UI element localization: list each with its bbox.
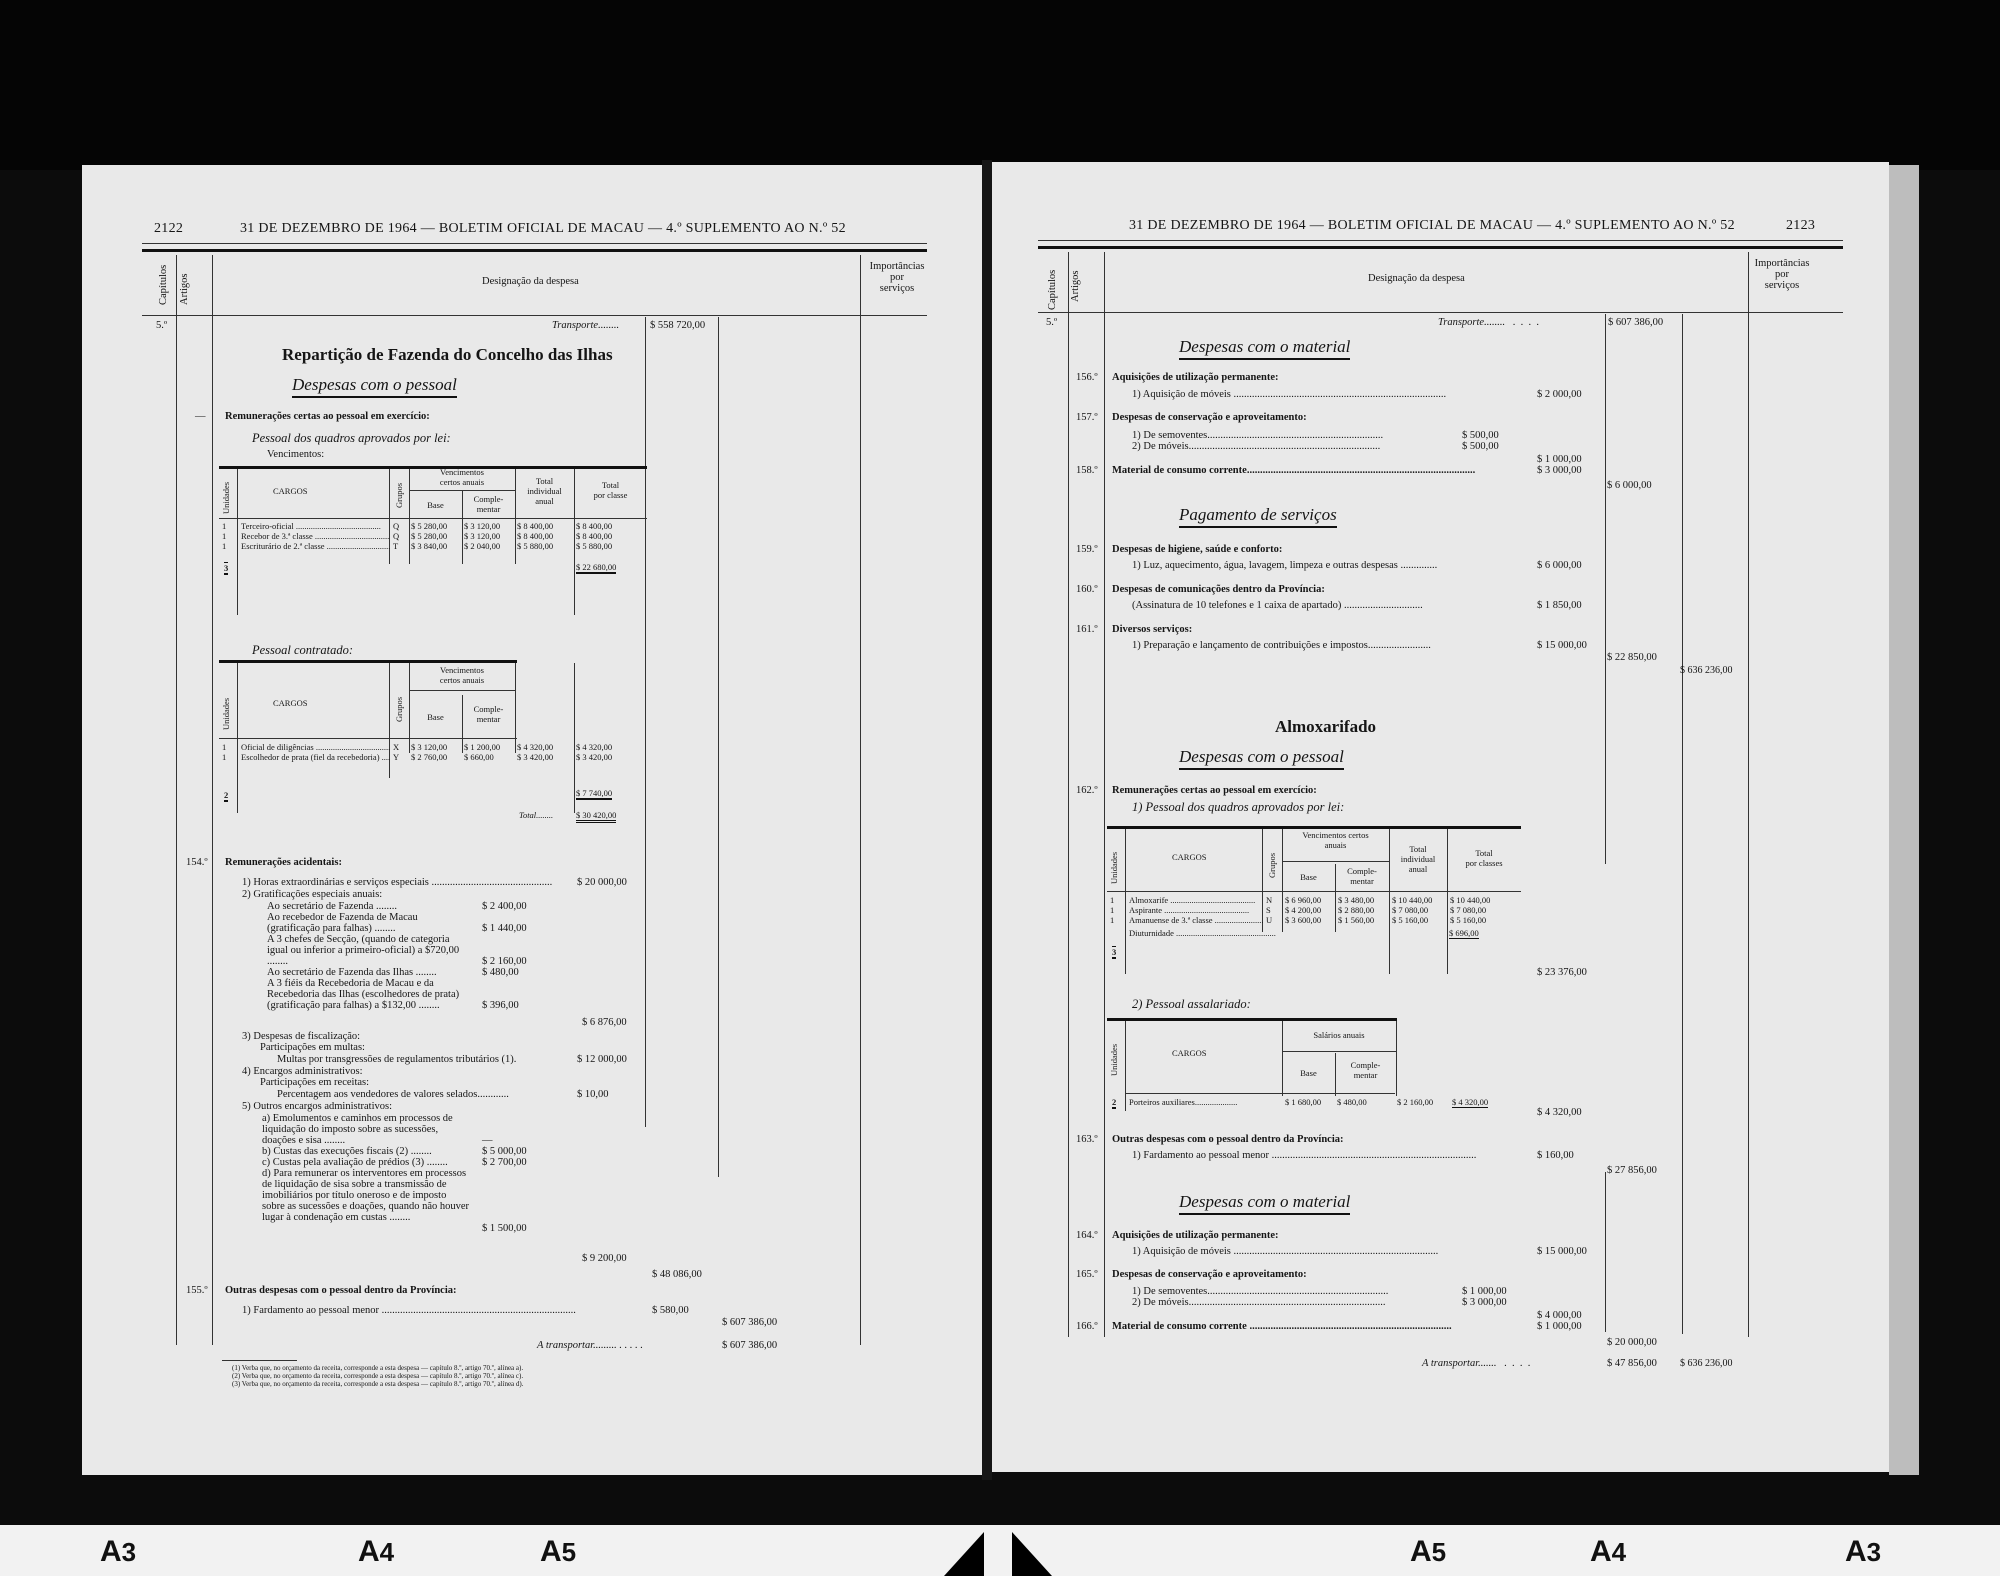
running-header: 31 DE DEZEMBRO DE 1964 — BOLETIM OFICIAL…	[1129, 218, 1735, 234]
table-row: 1Escolhedor de prata (fiel da recebedori…	[219, 752, 647, 764]
list-item: b) Custas das execuções fiscais (2) ....…	[262, 1146, 470, 1157]
list-item: d) Para remunerar os interventores em pr…	[262, 1168, 470, 1223]
film-mark: A5	[1410, 1535, 1446, 1569]
list-item: a) Emolumentos e caminhos em processos d…	[262, 1113, 470, 1146]
transporte-value: $ 558 720,00	[650, 320, 705, 331]
col-artigos: Artigos	[179, 274, 190, 306]
right-page: 31 DE DEZEMBRO DE 1964 — BOLETIM OFICIAL…	[992, 162, 1889, 1472]
film-mark: A3	[100, 1535, 136, 1569]
office-title: Repartição de Fazenda do Concelho das Il…	[282, 345, 613, 365]
film-border-top	[0, 0, 2000, 170]
col-capitulos: Capítulos	[158, 265, 169, 305]
table-contratado: Unidades CARGOS Grupos Vencimentoscertos…	[219, 660, 647, 820]
left-page: 2122 31 DE DEZEMBRO DE 1964 — BOLETIM OF…	[82, 165, 982, 1475]
col-importancias: Importânciasporserviços	[862, 261, 932, 294]
page-number: 2122	[154, 221, 183, 237]
film-strip	[0, 1525, 2000, 1576]
table-quadros: Unidades CARGOS Grupos Vencimentoscertos…	[219, 466, 647, 618]
film-mark: A3	[1845, 1535, 1881, 1569]
list-item: c) Custas pela avaliação de prédios (3) …	[262, 1157, 470, 1168]
table-almoxarifado-quadros: Unidades CARGOS Grupos Vencimentos certo…	[1107, 826, 1521, 976]
book-gutter	[982, 160, 992, 1480]
transporte-label: Transporte........	[552, 320, 619, 331]
page-number: 2123	[1786, 218, 1815, 234]
list-item: Ao secretário de Fazenda ........	[267, 901, 470, 912]
rem-certas: Remunerações certas ao pessoal em exercí…	[225, 411, 430, 422]
table-row: 1Amanuense de 3.ª classe ...............…	[1107, 915, 1521, 927]
center-marker-left	[944, 1532, 984, 1576]
list-item: Ao secretário de Fazenda das Ilhas .....…	[267, 967, 470, 978]
center-marker-right	[1012, 1532, 1052, 1576]
list-item: A 3 fiéis da Recebedoria de Macau e da R…	[267, 978, 470, 1011]
table-almoxarifado-assalariado: Unidades CARGOS Salários anuais Base Com…	[1107, 1018, 1521, 1118]
page-edge	[1889, 165, 1919, 1475]
film-mark: A4	[358, 1535, 394, 1569]
chapter-number: 5.º	[156, 320, 167, 331]
table-row: 1Escriturário de 2.ª classe ............…	[219, 541, 647, 553]
list-item: A 3 chefes de Secção, (quando de categor…	[267, 934, 470, 967]
a-transportar-value: $ 607 386,00	[722, 1340, 777, 1351]
list-item: Ao recebedor de Fazenda de Macau (gratif…	[267, 912, 470, 934]
running-header: 31 DE DEZEMBRO DE 1964 — BOLETIM OFICIAL…	[240, 221, 846, 237]
film-mark: A5	[540, 1535, 576, 1569]
footnotes: (1) Verba que, no orçamento da receita, …	[232, 1364, 524, 1388]
col-designacao: Designação da despesa	[482, 276, 579, 287]
film-mark: A4	[1590, 1535, 1626, 1569]
section-personnel: Despesas com o pessoal	[292, 375, 457, 398]
